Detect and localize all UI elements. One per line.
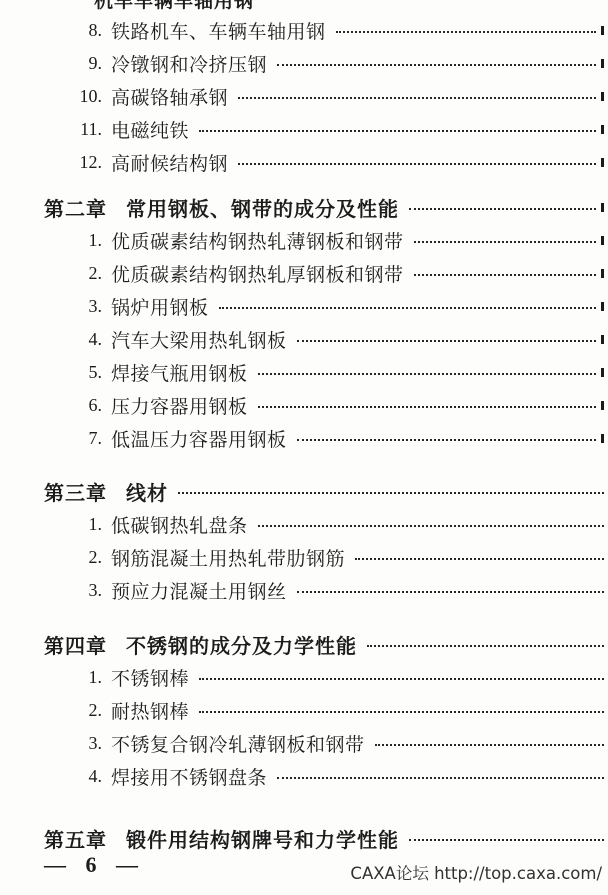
chapter-title: 线材 [126, 477, 168, 506]
toc-section-chapter-2: 第二章 常用钢板、钢带的成分及性能 1. 优质碳素结构钢热轧薄钢板和钢带 2. … [0, 191, 608, 455]
dot-leader [297, 591, 604, 593]
item-number: 2. [75, 263, 102, 284]
dot-leader [297, 439, 596, 441]
chapter-heading: 第五章 锻件用结构钢牌号和力学性能 [0, 822, 608, 855]
item-title: 高碳铬轴承钢 [111, 83, 228, 110]
chapter-label: 第五章 [44, 824, 107, 853]
dot-leader [375, 744, 604, 746]
toc-item: 3. 不锈复合钢冷轧薄钢板和钢带 [0, 727, 608, 760]
toc-section-chapter-5: 第五章 锻件用结构钢牌号和力学性能 [0, 822, 608, 855]
item-number: 10. [75, 86, 102, 107]
clipped-page-number [601, 203, 604, 212]
item-number: 8. [75, 20, 102, 41]
dot-leader [199, 678, 604, 680]
chapter-title: 锻件用结构钢牌号和力学性能 [126, 824, 399, 853]
dot-leader [258, 525, 604, 527]
watermark-text: CAXA论坛 http://top.caxa.com/ [350, 860, 602, 884]
item-title: 不锈钢棒 [111, 664, 189, 691]
item-title: 锅炉用钢板 [111, 293, 209, 320]
clipped-page-number [601, 368, 604, 377]
item-number: 7. [75, 428, 102, 449]
toc-item: 2. 优质碳素结构钢热轧厚钢板和钢带 [0, 257, 608, 290]
item-number: 6. [75, 395, 102, 416]
dot-leader [336, 31, 596, 33]
clipped-page-number [601, 59, 604, 68]
clipped-page-number [601, 92, 604, 101]
item-title: 钢筋混凝土用热轧带肋钢筋 [111, 544, 345, 571]
toc-item: 11. 电磁纯铁 [0, 113, 608, 146]
item-number: 5. [75, 362, 102, 383]
clipped-page-number [601, 269, 604, 278]
item-title: 低温压力容器用钢板 [111, 425, 287, 452]
item-title: 电磁纯铁 [111, 116, 189, 143]
item-number: 1. [75, 514, 102, 535]
toc-item: 3. 预应力混凝土用钢丝 [0, 574, 608, 607]
dot-leader [199, 711, 604, 713]
toc-section-chapter-4: 第四章 不锈钢的成分及力学性能 1. 不锈钢棒 2. 耐热钢棒 3. 不锈复合钢… [0, 628, 608, 793]
clipped-page-number [601, 302, 604, 311]
clipped-top-line: 机车车辆车轴用钢 [94, 0, 264, 10]
clipped-page-number [601, 401, 604, 410]
item-number: 3. [75, 296, 102, 317]
toc-item: 9. 冷镦钢和冷挤压钢 [0, 47, 608, 80]
toc-item: 1. 优质碳素结构钢热轧薄钢板和钢带 [0, 224, 608, 257]
item-number: 4. [75, 329, 102, 350]
dot-leader [199, 130, 596, 132]
toc-item: 2. 钢筋混凝土用热轧带肋钢筋 [0, 541, 608, 574]
dot-leader [258, 373, 596, 375]
chapter-heading: 第三章 线材 [0, 475, 608, 508]
clipped-page-number [601, 26, 604, 35]
toc-item: 12. 高耐候结构钢 [0, 146, 608, 179]
dot-leader [355, 558, 604, 560]
item-number: 11. [75, 119, 102, 140]
chapter-title: 常用钢板、钢带的成分及性能 [126, 193, 399, 222]
dot-leader [238, 97, 596, 99]
toc-item: 5. 焊接气瓶用钢板 [0, 356, 608, 389]
item-number: 2. [75, 547, 102, 568]
item-number: 2. [75, 700, 102, 721]
toc-item: 10. 高碳铬轴承钢 [0, 80, 608, 113]
item-number: 3. [75, 733, 102, 754]
dot-leader [297, 340, 596, 342]
item-title: 冷镦钢和冷挤压钢 [111, 50, 267, 77]
dot-leader [414, 241, 596, 243]
item-title: 不锈复合钢冷轧薄钢板和钢带 [111, 730, 365, 757]
item-title: 预应力混凝土用钢丝 [111, 577, 287, 604]
chapter-heading: 第四章 不锈钢的成分及力学性能 [0, 628, 608, 661]
dot-leader [277, 777, 604, 779]
toc-item: 8. 铁路机车、车辆车轴用钢 [0, 14, 608, 47]
item-number: 3. [75, 580, 102, 601]
item-number: 1. [75, 667, 102, 688]
toc-item: 6. 压力容器用钢板 [0, 389, 608, 422]
dot-leader [409, 839, 604, 841]
dot-leader [238, 163, 596, 165]
item-title: 汽车大梁用热轧钢板 [111, 326, 287, 353]
item-title: 低碳钢热轧盘条 [111, 511, 248, 538]
toc-section-1: 8. 铁路机车、车辆车轴用钢 9. 冷镦钢和冷挤压钢 10. 高碳铬轴承钢 11… [0, 14, 608, 179]
toc-section-chapter-3: 第三章 线材 1. 低碳钢热轧盘条 2. 钢筋混凝土用热轧带肋钢筋 3. 预应力… [0, 475, 608, 607]
item-title: 焊接气瓶用钢板 [111, 359, 248, 386]
item-title: 优质碳素结构钢热轧厚钢板和钢带 [111, 260, 404, 287]
toc-item: 4. 汽车大梁用热轧钢板 [0, 323, 608, 356]
toc-item: 2. 耐热钢棒 [0, 694, 608, 727]
item-title: 耐热钢棒 [111, 697, 189, 724]
page-number: — 6 — [44, 852, 145, 878]
dot-leader [258, 406, 596, 408]
clipped-top-line-text: 机车车辆车轴用钢 [94, 0, 254, 10]
dot-leader [367, 645, 604, 647]
toc-item: 1. 低碳钢热轧盘条 [0, 508, 608, 541]
chapter-label: 第四章 [44, 630, 107, 659]
toc-item: 1. 不锈钢棒 [0, 661, 608, 694]
dot-leader [219, 307, 596, 309]
clipped-page-number [601, 125, 604, 134]
dot-leader [409, 208, 596, 210]
dot-leader [414, 274, 596, 276]
dot-leader [178, 492, 604, 494]
chapter-heading: 第二章 常用钢板、钢带的成分及性能 [0, 191, 608, 224]
item-title: 优质碳素结构钢热轧薄钢板和钢带 [111, 227, 404, 254]
item-number: 9. [75, 53, 102, 74]
item-title: 铁路机车、车辆车轴用钢 [111, 17, 326, 44]
table-of-contents: 8. 铁路机车、车辆车轴用钢 9. 冷镦钢和冷挤压钢 10. 高碳铬轴承钢 11… [0, 14, 608, 855]
dot-leader [277, 64, 596, 66]
clipped-page-number [601, 158, 604, 167]
clipped-page-number [601, 236, 604, 245]
clipped-page-number [601, 335, 604, 344]
item-title: 压力容器用钢板 [111, 392, 248, 419]
item-number: 12. [75, 152, 102, 173]
toc-item: 7. 低温压力容器用钢板 [0, 422, 608, 455]
chapter-title: 不锈钢的成分及力学性能 [126, 630, 357, 659]
chapter-label: 第二章 [44, 193, 107, 222]
item-number: 1. [75, 230, 102, 251]
item-title: 高耐候结构钢 [111, 149, 228, 176]
chapter-label: 第三章 [44, 477, 107, 506]
toc-item: 4. 焊接用不锈钢盘条 [0, 760, 608, 793]
toc-item: 3. 锅炉用钢板 [0, 290, 608, 323]
clipped-page-number [601, 434, 604, 443]
scanned-toc-page: 机车车辆车轴用钢 8. 铁路机车、车辆车轴用钢 9. 冷镦钢和冷挤压钢 10. … [0, 0, 608, 895]
item-title: 焊接用不锈钢盘条 [111, 763, 267, 790]
item-number: 4. [75, 766, 102, 787]
